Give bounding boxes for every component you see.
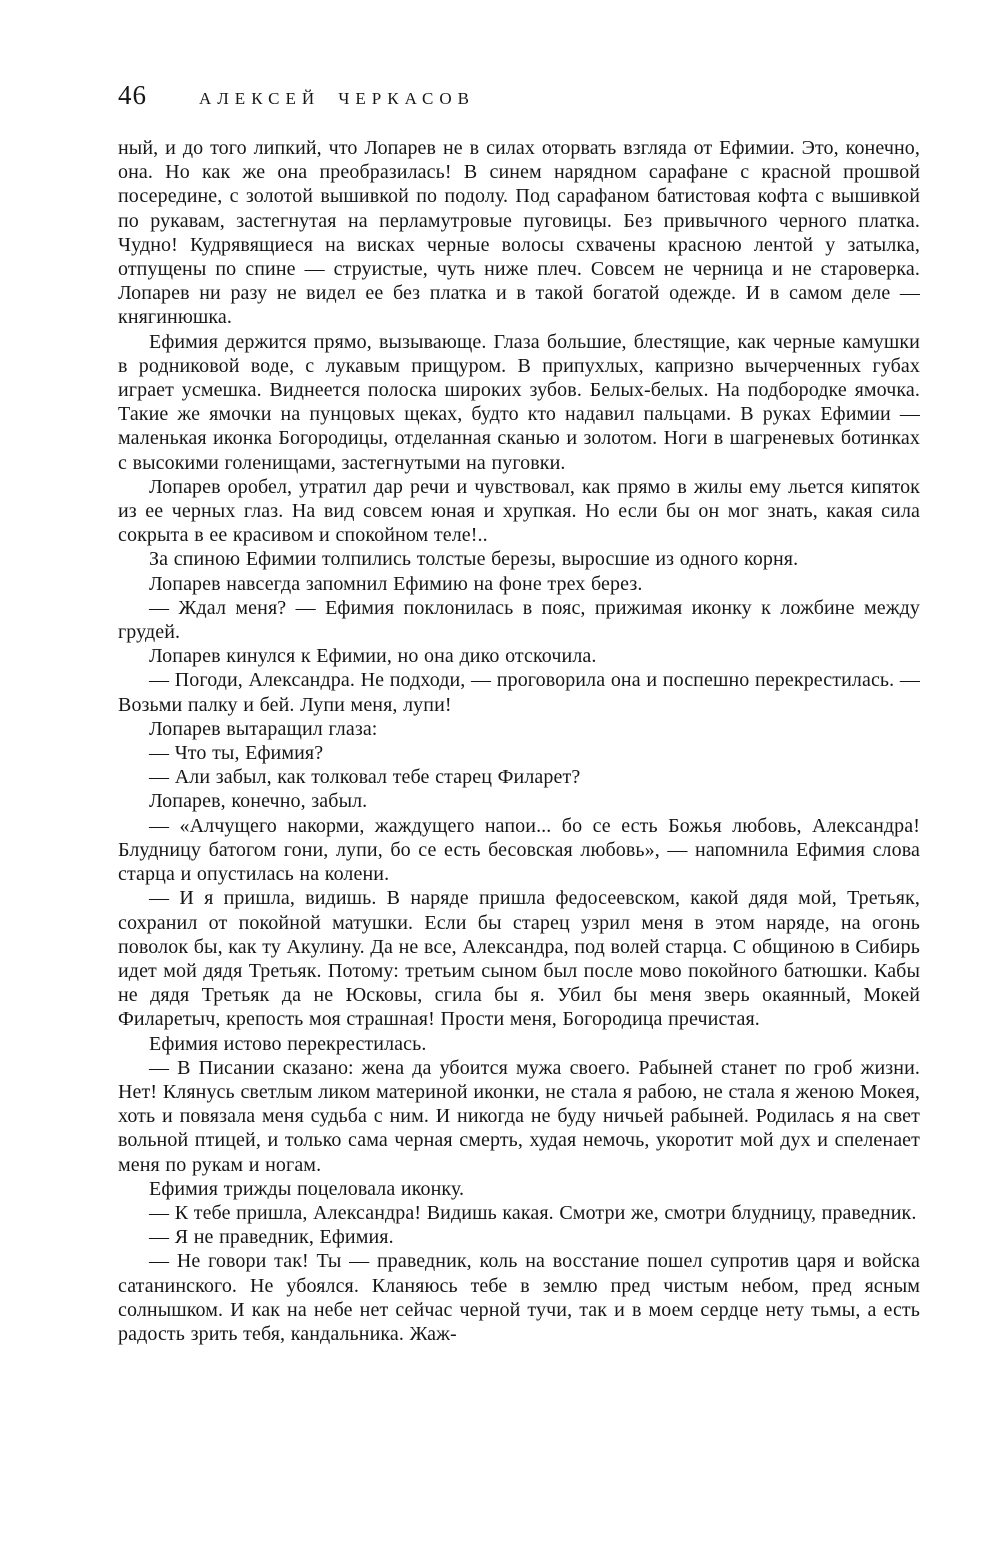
paragraph: За спиною Ефимии толпились толстые берез… <box>118 547 920 571</box>
page-number: 46 <box>118 82 147 109</box>
paragraph: Ефимия истово перекрестилась. <box>118 1032 920 1056</box>
paragraph: Лопарев кинулся к Ефимии, но она дико от… <box>118 644 920 668</box>
body-text: ный, и до того липкий, что Лопарев не в … <box>118 136 920 1346</box>
paragraph: Лопарев навсегда запомнил Ефимию на фоне… <box>118 572 920 596</box>
paragraph: — К тебе пришла, Александра! Видишь кака… <box>118 1201 920 1225</box>
paragraph: — «Алчущего накорми, жаждущего напои... … <box>118 814 920 887</box>
paragraph: Ефимия трижды поцеловала иконку. <box>118 1177 920 1201</box>
paragraph: — Не говори так! Ты — праведник, коль на… <box>118 1249 920 1346</box>
paragraph: — Ждал меня? — Ефимия поклонилась в пояс… <box>118 596 920 644</box>
paragraph: ный, и до того липкий, что Лопарев не в … <box>118 136 920 330</box>
paragraph: Лопарев, конечно, забыл. <box>118 789 920 813</box>
paragraph: — И я пришла, видишь. В наряде пришла фе… <box>118 886 920 1031</box>
running-header: 46 АЛЕКСЕЙ ЧЕРКАСОВ <box>118 82 920 109</box>
paragraph: — В Писании сказано: жена да убоится муж… <box>118 1056 920 1177</box>
paragraph: — Али забыл, как толковал тебе старец Фи… <box>118 765 920 789</box>
paragraph: Лопарев оробел, утратил дар речи и чувст… <box>118 475 920 548</box>
paragraph: — Я не праведник, Ефимия. <box>118 1225 920 1249</box>
paragraph: Ефимия держится прямо, вызывающе. Глаза … <box>118 330 920 475</box>
paragraph: — Погоди, Александра. Не подходи, — прог… <box>118 668 920 716</box>
paragraph: Лопарев вытаращил глаза: <box>118 717 920 741</box>
running-header-author: АЛЕКСЕЙ ЧЕРКАСОВ <box>199 90 475 107</box>
book-page: 46 АЛЕКСЕЙ ЧЕРКАСОВ ный, и до того липки… <box>0 0 1000 1552</box>
paragraph: — Что ты, Ефимия? <box>118 741 920 765</box>
